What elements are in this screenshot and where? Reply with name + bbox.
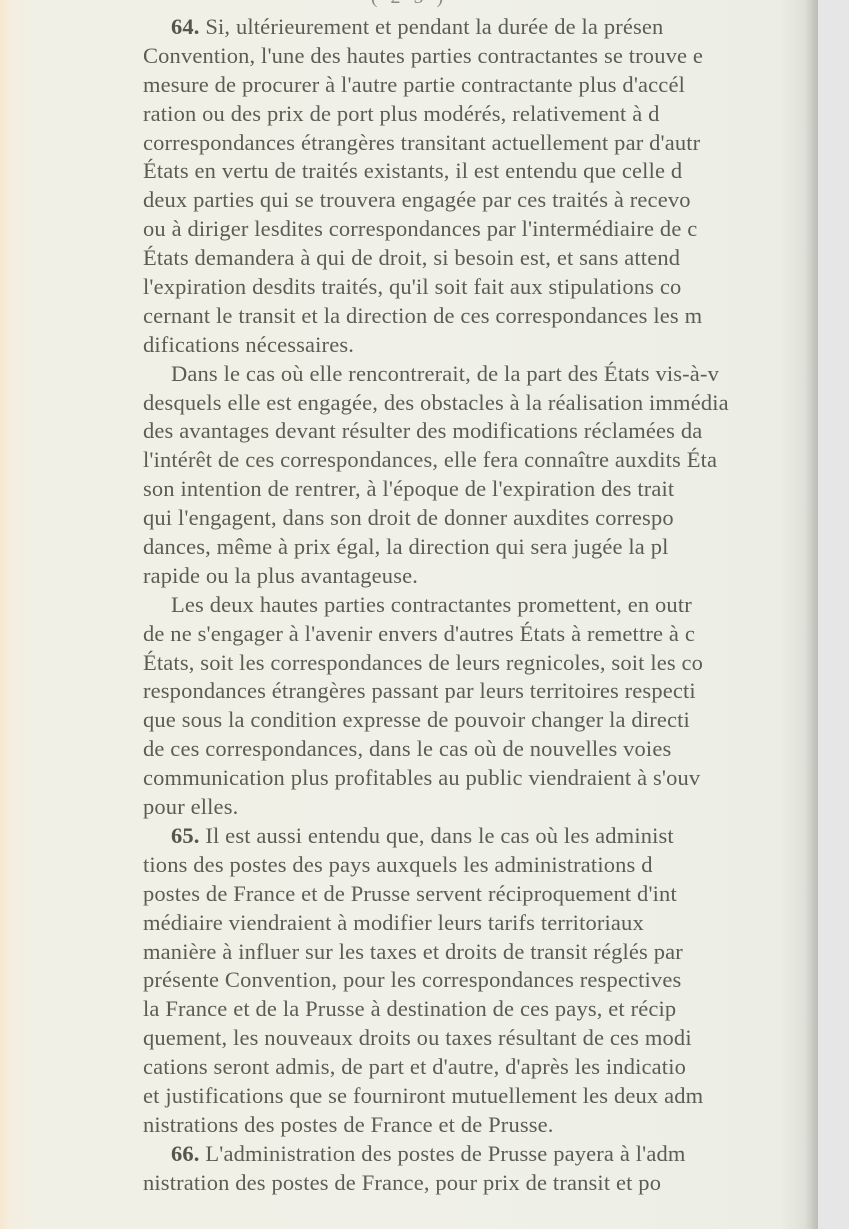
- text-line: États en vertu de traités existants, il …: [143, 157, 818, 186]
- article-number: 65.: [171, 823, 200, 848]
- article-66-line: 66. L'administration des postes de Pruss…: [143, 1140, 818, 1169]
- text-line: communication plus profitables au public…: [143, 764, 818, 793]
- text-line: rapide ou la plus avantageuse.: [143, 562, 818, 591]
- text-line: dances, même à prix égal, la direction q…: [143, 533, 818, 562]
- text-line: difications nécessaires.: [143, 331, 818, 360]
- text-line: nistration des postes de France, pour pr…: [143, 1169, 818, 1198]
- text-line: que sous la condition expresse de pouvoi…: [143, 706, 818, 735]
- text-line: cernant le transit et la direction de ce…: [143, 302, 818, 331]
- text-line: cations seront admis, de part et d'autre…: [143, 1053, 818, 1082]
- text-line: l'intérêt de ces correspondances, elle f…: [143, 446, 818, 475]
- text-line: mesure de procurer à l'autre partie cont…: [143, 71, 818, 100]
- text-line: la France et de la Prusse à destination …: [143, 995, 818, 1024]
- scanned-page: ( 2 5 ) 64. Si, ultérieurement et pendan…: [0, 0, 818, 1229]
- text-line: tions des postes des pays auxquels les a…: [143, 851, 818, 880]
- text-line: desquels elle est engagée, des obstacles…: [143, 389, 818, 418]
- paragraph-start-line: Dans le cas où elle rencontrerait, de la…: [143, 360, 818, 389]
- body-text: 64. Si, ultérieurement et pendant la dur…: [143, 13, 818, 1198]
- text-line: deux parties qui se trouvera engagée par…: [143, 186, 818, 215]
- text-line: Convention, l'une des hautes parties con…: [143, 42, 818, 71]
- text-line: présente Convention, pour les correspond…: [143, 966, 818, 995]
- text-line: et justifications que se fourniront mutu…: [143, 1082, 818, 1111]
- article-64-line: 64. Si, ultérieurement et pendant la dur…: [143, 13, 818, 42]
- paragraph-start-line: Les deux hautes parties contractantes pr…: [143, 591, 818, 620]
- text-line: correspondances étrangères transitant ac…: [143, 129, 818, 158]
- text-line: manière à influer sur les taxes et droit…: [143, 938, 818, 967]
- article-65-line: 65. Il est aussi entendu que, dans le ca…: [143, 822, 818, 851]
- text-line: pour elles.: [143, 793, 818, 822]
- running-head: ( 2 5 ): [0, 0, 818, 9]
- text-line: ration ou des prix de port plus modérés,…: [143, 100, 818, 129]
- text-line: de ces correspondances, dans le cas où d…: [143, 735, 818, 764]
- text-line: États demandera à qui de droit, si besoi…: [143, 244, 818, 273]
- text-line: son intention de rentrer, à l'époque de …: [143, 475, 818, 504]
- text-line: l'expiration desdits traités, qu'il soit…: [143, 273, 818, 302]
- article-number: 64.: [171, 14, 200, 39]
- text-line: nistrations des postes de France et de P…: [143, 1111, 818, 1140]
- text-line: quement, les nouveaux droits ou taxes ré…: [143, 1024, 818, 1053]
- text-line: États, soit les correspondances de leurs…: [143, 649, 818, 678]
- text-line: des avantages devant résulter des modifi…: [143, 417, 818, 446]
- text-line: ou à diriger lesdites correspondances pa…: [143, 215, 818, 244]
- text-line: médiaire viendraient à modifier leurs ta…: [143, 909, 818, 938]
- text-line: postes de France et de Prusse servent ré…: [143, 880, 818, 909]
- text-line: qui l'engagent, dans son droit de donner…: [143, 504, 818, 533]
- article-number: 66.: [171, 1141, 200, 1166]
- text-line: de ne s'engager à l'avenir envers d'autr…: [143, 620, 818, 649]
- text-line: respondances étrangères passant par leur…: [143, 677, 818, 706]
